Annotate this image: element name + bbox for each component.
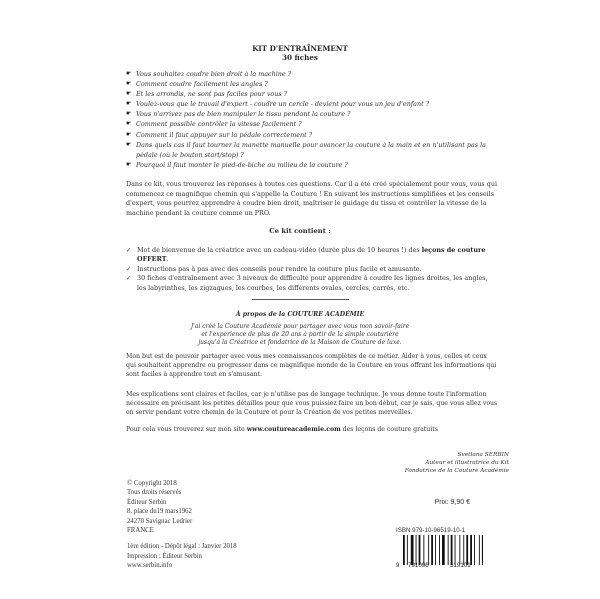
publisher-website[interactable]: www.serbin.info: [127, 561, 237, 570]
intro-paragraph: Dans ce kit, vous trouverez les réponses…: [126, 180, 498, 218]
copyright: © Copyright 2018: [127, 479, 237, 488]
printing-info: Impression : Éditeur Serbin: [127, 552, 237, 561]
contents-item: ✓30 fiches d'entraînement avec 3 niveaux…: [126, 274, 498, 293]
pointing-hand-icon: ☛: [126, 69, 131, 79]
contents-title: Ce kit contient :: [0, 227, 600, 235]
pointing-hand-icon: ☛: [126, 119, 131, 129]
author-name: Svetlana SERBIN: [405, 452, 509, 460]
isbn-label: ISBN 979-10-96519-10-1: [396, 527, 465, 534]
kit-subtitle: 30 fiches: [0, 53, 600, 62]
contents-item: ✓Instructions pas à pas avec des conseil…: [126, 265, 498, 274]
edition-info: 1ère édition - Dépôt légal : Janvier 201…: [127, 542, 237, 551]
checkmark-icon: ✓: [126, 274, 131, 283]
questions-list: ☛Vous souhaitez coudre bien droit à la m…: [126, 69, 498, 170]
pointing-hand-icon: ☛: [126, 89, 131, 99]
contents-list: ✓Mot de bienvenue de la créatrice avec u…: [126, 246, 498, 293]
book-back-cover: KIT D'ENTRAÎNEMENT 30 fiches ☛Vous souha…: [0, 0, 600, 599]
pointing-hand-icon: ☛: [126, 99, 131, 109]
question-item: ☛Vous souhaitez coudre bien droit à la m…: [126, 69, 498, 79]
section-divider: [252, 299, 349, 300]
price-label: Prix: 9,90 €: [0, 499, 470, 506]
pointing-hand-icon: ☛: [126, 79, 131, 89]
pointing-hand-icon: ☛: [126, 160, 131, 170]
pointing-hand-icon: ☛: [126, 130, 131, 140]
author-role-founder: Fondatrice de la Couture Académie: [405, 468, 509, 476]
barcode-icon: [403, 535, 483, 565]
question-item: ☛Comment il faut appuyer sur la pédale c…: [126, 130, 498, 140]
kit-title: KIT D'ENTRAÎNEMENT: [0, 44, 600, 53]
checkmark-icon: ✓: [126, 246, 131, 255]
pointing-hand-icon: ☛: [126, 109, 131, 119]
about-brand-name: COUTURE ACADÉMIE: [287, 311, 364, 318]
mission-paragraph: Mon but est de pouvoir partager avec vou…: [126, 353, 498, 379]
question-item: ☛Dans quels cas il faut tourner la manet…: [126, 140, 498, 160]
explanation-paragraph: Mes explications sont claires et faciles…: [126, 391, 498, 417]
website-link[interactable]: www.coutureacademie.com: [247, 426, 341, 433]
author-signature: Svetlana SERBIN Auteur et illustratrice …: [405, 452, 509, 475]
question-item: ☛Et les arrondis, ne sont pas faciles po…: [126, 89, 498, 99]
website-paragraph: Pour cela vous trouverez sur mon site ww…: [126, 426, 498, 435]
question-item: ☛Voulez-vous que le travail d'expert - c…: [126, 99, 498, 109]
about-text: J'ai créé la Couture Académie pour parta…: [0, 323, 600, 348]
author-role: Auteur et illustratrice du Kit: [405, 460, 509, 468]
question-item: ☛Vous n'arrivez pas de bien manipuler le…: [126, 109, 498, 119]
pointing-hand-icon: ☛: [126, 140, 131, 150]
publisher-info: © Copyright 2018 Tous droits réservés Éd…: [127, 479, 237, 571]
checkmark-icon: ✓: [126, 265, 131, 274]
question-item: ☛Pourquoi il faut monter le pied-de-bich…: [126, 160, 498, 170]
publisher-address: 8, place du19 mars1962: [127, 507, 237, 516]
about-title: À propos de la COUTURE ACADÉMIE: [0, 311, 600, 318]
question-item: ☛Comment coudre facilement les angles ?: [126, 79, 498, 89]
question-item: ☛Comment possible contrôler la vitesse f…: [126, 119, 498, 129]
barcode-digits: 9791096519101: [396, 562, 471, 569]
contents-item: ✓Mot de bienvenue de la créatrice avec u…: [126, 246, 498, 265]
